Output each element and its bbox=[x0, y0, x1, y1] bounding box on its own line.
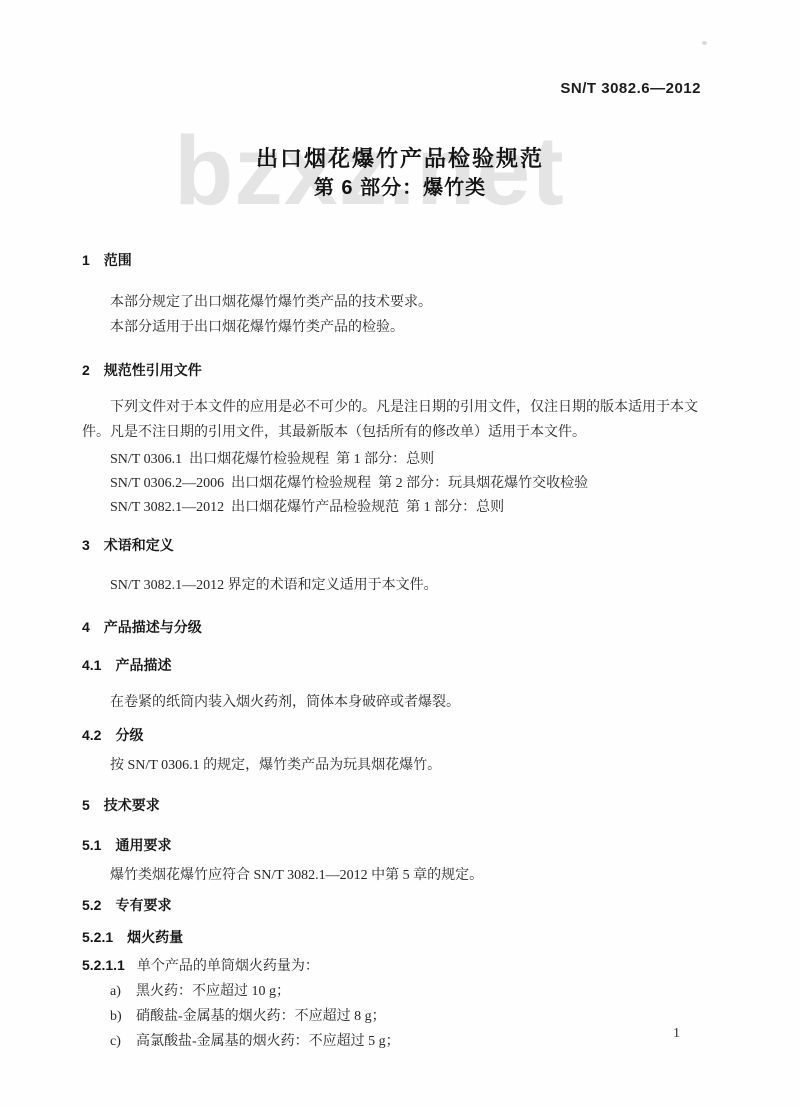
list-item-label: a) bbox=[110, 979, 136, 1004]
list-item: c) 高氯酸盐-金属基的烟火药：不应超过 5 g； bbox=[110, 1029, 724, 1054]
reference-item: SN/T 0306.1 出口烟花爆竹检验规程 第 1 部分：总则 bbox=[82, 448, 724, 472]
section-5-2-1-heading: 5.2.1烟火药量 bbox=[82, 925, 724, 950]
section-4-1-number: 4.1 bbox=[82, 653, 101, 678]
section-3-title: 术语和定义 bbox=[104, 537, 174, 553]
reference-item: SN/T 3082.1—2012 出口烟花爆竹产品检验规范 第 1 部分：总则 bbox=[82, 496, 724, 520]
section-5-1-number: 5.1 bbox=[82, 833, 101, 858]
section-5-1-paragraph-1: 爆竹类烟花爆竹应符合 SN/T 3082.1—2012 中第 5 章的规定。 bbox=[82, 863, 724, 888]
clause-5-2-1-1-text: 单个产品的单筒烟火药量为： bbox=[137, 959, 319, 974]
section-3-paragraph-1: SN/T 3082.1—2012 界定的术语和定义适用于本文件。 bbox=[82, 573, 724, 598]
section-4-heading: 4产品描述与分级 bbox=[82, 615, 724, 640]
document-page: SN/T 3082.6—2012 bzxz.net 出口烟花爆竹产品检验规范 第… bbox=[0, 0, 800, 1107]
section-4-1-title: 产品描述 bbox=[115, 657, 171, 673]
section-5-2-1-title: 烟火药量 bbox=[127, 929, 183, 945]
title-line-1: 出口烟花爆竹产品检验规范 bbox=[0, 143, 800, 174]
section-5-2-1-number: 5.2.1 bbox=[82, 925, 113, 950]
page-number: 1 bbox=[673, 1026, 680, 1042]
clause-5-2-1-1: 5.2.1.1单个产品的单筒烟火药量为： bbox=[82, 953, 724, 979]
section-1-paragraph-2: 本部分适用于出口烟花爆竹爆竹类产品的检验。 bbox=[82, 315, 724, 340]
section-5-heading: 5技术要求 bbox=[82, 793, 724, 818]
reference-item: SN/T 0306.2—2006 出口烟花爆竹检验规程 第 2 部分：玩具烟花爆… bbox=[82, 472, 724, 496]
section-4-2-title: 分级 bbox=[115, 727, 143, 743]
list-item-text: 黑火药：不应超过 10 g； bbox=[136, 979, 724, 1004]
section-1-title: 范围 bbox=[104, 252, 132, 268]
section-2-paragraph-1: 下列文件对于本文件的应用是必不可少的。凡是注日期的引用文件，仅注日期的版本适用于… bbox=[82, 395, 724, 445]
section-4-2-heading: 4.2分级 bbox=[82, 723, 724, 748]
section-1-number: 1 bbox=[82, 248, 90, 273]
doc-number: SN/T 3082.6—2012 bbox=[560, 80, 701, 97]
section-4-2-paragraph-1: 按 SN/T 0306.1 的规定，爆竹类产品为玩具烟花爆竹。 bbox=[82, 753, 724, 778]
section-2-title: 规范性引用文件 bbox=[104, 362, 202, 378]
section-4-1-heading: 4.1产品描述 bbox=[82, 653, 724, 678]
section-5-2-number: 5.2 bbox=[82, 893, 101, 918]
section-2-heading: 2规范性引用文件 bbox=[82, 358, 724, 383]
title-line-2: 第 6 部分：爆竹类 bbox=[0, 174, 800, 202]
section-5-title: 技术要求 bbox=[104, 797, 160, 813]
section-1-heading: 1范围 bbox=[82, 248, 724, 273]
list-item-text: 高氯酸盐-金属基的烟火药：不应超过 5 g； bbox=[136, 1029, 724, 1054]
list-item-text: 硝酸盐-金属基的烟火药：不应超过 8 g； bbox=[136, 1004, 724, 1029]
section-3-number: 3 bbox=[82, 533, 90, 558]
list-item-label: c) bbox=[110, 1029, 136, 1054]
section-1-paragraph-1: 本部分规定了出口烟花爆竹爆竹类产品的技术要求。 bbox=[82, 290, 724, 315]
section-5-2-heading: 5.2专有要求 bbox=[82, 893, 724, 918]
section-2-number: 2 bbox=[82, 358, 90, 383]
section-4-1-paragraph-1: 在卷紧的纸筒内装入烟火药剂，筒体本身破碎或者爆裂。 bbox=[82, 690, 724, 715]
pyrotechnic-limit-list: a) 黑火药：不应超过 10 g； b) 硝酸盐-金属基的烟火药：不应超过 8 … bbox=[110, 979, 724, 1054]
section-3-heading: 3术语和定义 bbox=[82, 533, 724, 558]
section-5-number: 5 bbox=[82, 793, 90, 818]
document-title: 出口烟花爆竹产品检验规范 第 6 部分：爆竹类 bbox=[0, 143, 800, 202]
clause-5-2-1-1-number: 5.2.1.1 bbox=[82, 957, 125, 973]
scan-artifact bbox=[702, 41, 707, 45]
section-5-2-title: 专有要求 bbox=[115, 897, 171, 913]
section-4-title: 产品描述与分级 bbox=[104, 619, 202, 635]
list-item: a) 黑火药：不应超过 10 g； bbox=[110, 979, 724, 1004]
section-5-1-title: 通用要求 bbox=[115, 837, 171, 853]
section-5-1-heading: 5.1通用要求 bbox=[82, 833, 724, 858]
section-4-2-number: 4.2 bbox=[82, 723, 101, 748]
section-4-number: 4 bbox=[82, 615, 90, 640]
list-item-label: b) bbox=[110, 1004, 136, 1029]
document-body: 1范围 本部分规定了出口烟花爆竹爆竹类产品的技术要求。 本部分适用于出口烟花爆竹… bbox=[82, 236, 724, 1054]
list-item: b) 硝酸盐-金属基的烟火药：不应超过 8 g； bbox=[110, 1004, 724, 1029]
